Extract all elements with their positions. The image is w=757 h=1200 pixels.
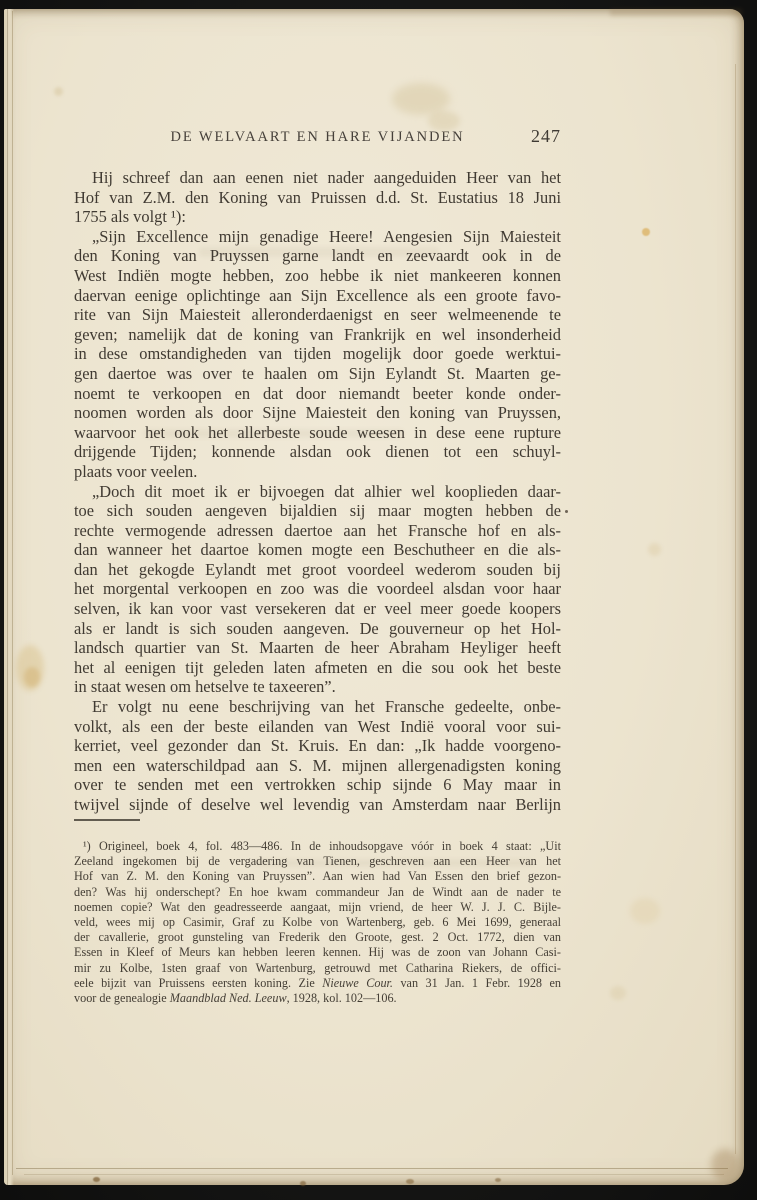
text-line: ¹) Origineel, boek 4, fol. 483—486. In d… (74, 839, 561, 854)
page-edge-line (12, 11, 13, 1175)
text-line: Essen in Kleef of Meurs kan hebben leere… (74, 945, 561, 960)
text-line: Er volgt nu eene beschrijving van het Fr… (74, 697, 561, 717)
page-edge-line (735, 64, 736, 1154)
stain (24, 667, 40, 687)
text-line: plaats voor veelen. (74, 462, 561, 482)
text-line: noemen copie? Wat den geadresseerde aang… (74, 900, 561, 915)
scan-background: DE WELVAART EN HARE VIJANDEN 247 Hij sch… (0, 0, 757, 1200)
text-line: rite van Sijn Maiesteit alleronderdaenig… (74, 305, 561, 325)
text-line: „Sijn Excellence mijn genadige Heere! Ae… (74, 227, 561, 247)
text-line: waarvoor het ook het allerbeste soude we… (74, 423, 561, 443)
stain (610, 9, 742, 16)
text-line: in dese omstandigheden van tijden mogeli… (74, 344, 561, 364)
stain (300, 1181, 306, 1186)
stain (642, 228, 650, 236)
text-line: daervan eenige oplichtinge aan Sijn Exce… (74, 286, 561, 306)
text-line: Hof van Z. M. den Koning van Pruyssen”. … (74, 869, 561, 884)
text-line: mir zu Kolbe, 1sten graaf von Wartenburg… (74, 961, 561, 976)
text-line: der cavallerie, groot gunsteling van Fre… (74, 930, 561, 945)
text-line: geven; namelijk dat de koning van Frankr… (74, 325, 561, 345)
text-line: men een waterschildpad aan S. M. mijnen … (74, 756, 561, 776)
stain (93, 1177, 100, 1182)
text-line: rechte vermogende adressen daertoe aan h… (74, 521, 561, 541)
text-line: Zeeland ingekomen bij de vergadering van… (74, 854, 561, 869)
text-line: toe sich souden aengeven bijaldien sij m… (74, 501, 561, 521)
text-line: landsch quartier van St. Maarten de heer… (74, 638, 561, 658)
text-line: 1755 als volgt ¹): (74, 207, 561, 227)
footnote: ¹) Origineel, boek 4, fol. 483—486. In d… (74, 839, 561, 1006)
text-line: „Doch dit moet ik er bijvoegen dat alhie… (74, 482, 561, 502)
book-page: DE WELVAART EN HARE VIJANDEN 247 Hij sch… (4, 9, 744, 1185)
page-edge-line (24, 1174, 724, 1175)
text-line: Hof van Z.M. den Koning van Pruissen d.d… (74, 188, 561, 208)
text-line: twijvel sijnde of deselve wel levendig v… (74, 795, 561, 815)
stain (16, 645, 44, 691)
page-number: 247 (531, 125, 561, 147)
stain (392, 83, 450, 115)
text-line: dan het gekogde Eylandt met groot voorde… (74, 560, 561, 580)
text-line: kerriet, veel gezonder dan St. Kruis. En… (74, 736, 561, 756)
stain (648, 543, 661, 556)
page-edge-line (7, 9, 8, 1185)
text-line: als er landt is sich souden aangeven. De… (74, 619, 561, 639)
text-line: het al eenigen tijt geleden laten afmete… (74, 658, 561, 678)
ink-speck (565, 510, 568, 513)
text-line: voor de genealogie Maandblad Ned. Leeuw,… (74, 991, 561, 1006)
text-line: noemt te verkoopen en dat door niemandt … (74, 384, 561, 404)
stain (54, 87, 63, 96)
text-line: over te senden met een vertrokken schip … (74, 775, 561, 795)
text-line: den? Was hij onderschept? En hoe kwam co… (74, 885, 561, 900)
stain (610, 986, 626, 1000)
running-header: DE WELVAART EN HARE VIJANDEN 247 (74, 127, 561, 147)
text-line: eele bijzit van Pruissens eersten koning… (74, 976, 561, 991)
text-line: West Indiën mogte hebben, zoo hebbe ik n… (74, 266, 561, 286)
text-line: noomen worden als door Sijne Maiesteit d… (74, 403, 561, 423)
body-text: Hij schreef dan aan eenen niet nader aan… (74, 168, 561, 815)
text-line: het morgental verkoopen en zoo was die v… (74, 579, 561, 599)
text-line: veld, wees mij op Casimir, Graf zu Kolbe… (74, 915, 561, 930)
chapter-title: DE WELVAART EN HARE VIJANDEN (74, 127, 561, 147)
text-line: selven, ik kan voor vast versekeren dat … (74, 599, 561, 619)
text-line: drijgende Tijden; konnende alsdan ook di… (74, 442, 561, 462)
stain (630, 898, 660, 924)
text-line: den Koning van Pruyssen garne landt en z… (74, 246, 561, 266)
stain (406, 1179, 414, 1184)
text-line: Hij schreef dan aan eenen niet nader aan… (74, 168, 561, 188)
stain (495, 1178, 501, 1182)
page-edge-line (16, 1168, 728, 1169)
footnote-separator (74, 819, 140, 821)
text-line: dan wanneer het daartoe komen mogte een … (74, 540, 561, 560)
text-line: gen daertoe was over te haalen om Sijn E… (74, 364, 561, 384)
text-line: volkt, als een der beste eilanden van We… (74, 717, 561, 737)
text-line: in staat wesen om hetselve te taxeeren”. (74, 677, 561, 697)
